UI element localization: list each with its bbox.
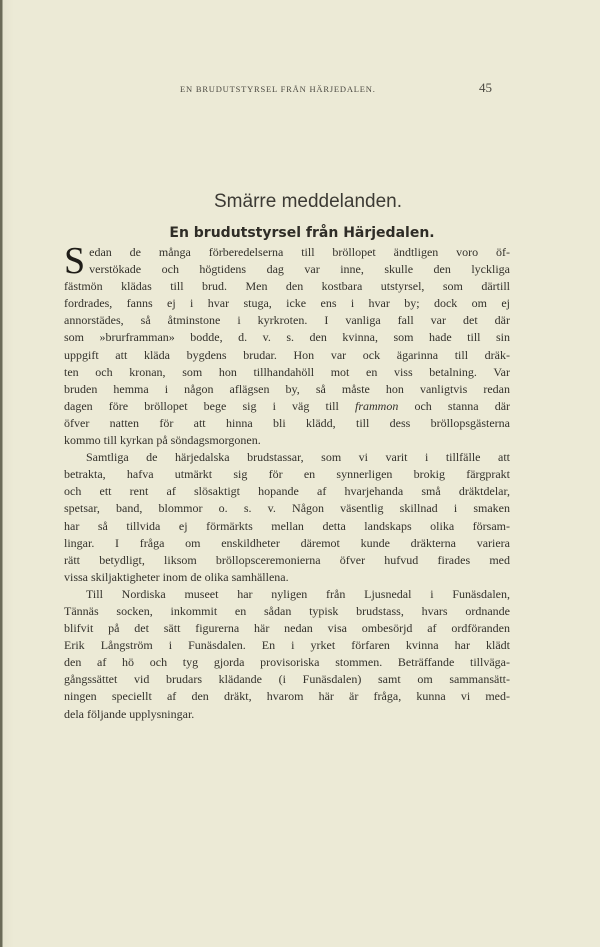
text-segment: och stanna där (414, 399, 510, 413)
text-line: Till Nordiska museet har nyligen från Lj… (64, 586, 510, 603)
text-line: har så tillvida ej förmärkts mellan dett… (64, 518, 510, 535)
paragraph-1: S edan de många förberedelserna till brö… (64, 244, 510, 449)
text-line: Tännäs socken, inkommit en sådan typisk … (64, 603, 510, 620)
text-line: öfver natten för att hinna bli klädd, ti… (64, 415, 510, 432)
text-line: ningen speciellt af den dräkt, hvarom hä… (64, 688, 510, 705)
text-line: gångssättet vid brudars klädande (i Funä… (64, 671, 510, 688)
text-line: den af hö och tyg gjorda provisoriska st… (64, 654, 510, 671)
text-line: spetsar, band, blommor o. s. v. Någon vä… (64, 500, 510, 517)
text-line: rätt betydligt, liksom bröllopsceremonie… (64, 552, 510, 569)
italic-term: frammon (355, 399, 398, 413)
text-line: ten och kronan, som hon tillhandahöll mo… (64, 364, 510, 381)
text-line: fästmön klädas till brud. Men den kostba… (64, 278, 510, 295)
text-line: verstökade och högtidens dag var inne, s… (64, 261, 510, 278)
text-line: bruden hemma i någon aflägsen by, så mås… (64, 381, 510, 398)
paragraph-2: Samtliga de härjedalska brudstassar, som… (64, 449, 510, 586)
text-line: vissa skiljaktigheter inom de olika samh… (64, 569, 510, 586)
text-segment: dagen före bröllopet bege sig i väg till (64, 399, 339, 413)
text-line: annorstädes, så åtminstone i kyrkroten. … (64, 312, 510, 329)
text-line: dela följande upplysningar. (64, 706, 510, 723)
paragraph-3: Till Nordiska museet har nyligen från Lj… (64, 586, 510, 723)
text-line: och ett rent af slösaktigt hopande af hv… (64, 483, 510, 500)
text-line: kommo till kyrkan på söndagsmorgonen. (64, 432, 510, 449)
running-head: EN BRUDUTSTYRSEL FRÅN HÄRJEDALEN. (180, 84, 376, 94)
text-line: edan de många förberedelserna till bröll… (64, 244, 510, 261)
text-line: uppgift att kläda bygdens brudar. Hon va… (64, 347, 510, 364)
text-line: Erik Långström i Funäsdalen. En i yrket … (64, 637, 510, 654)
text-line: fordrades, fanns ej i hvar stuga, icke e… (64, 295, 510, 312)
text-line: Samtliga de härjedalska brudstassar, som… (64, 449, 510, 466)
text-line: betrakta, hafva utmärkt sig för en synne… (64, 466, 510, 483)
drop-cap: S (64, 246, 85, 277)
text-line: lingar. I fråga om enskildheter däremot … (64, 535, 510, 552)
text-line: blifvit på det sätt figurerna här nedan … (64, 620, 510, 637)
text-line-with-italic: dagen före bröllopet bege sig i väg till… (64, 398, 510, 415)
article-title: En brudutstyrsel från Härjedalen. (2, 225, 600, 241)
page-number: 45 (479, 80, 492, 96)
text-line: som »brurframman» bodde, d. v. s. den kv… (64, 329, 510, 346)
scanned-page: EN BRUDUTSTYRSEL FRÅN HÄRJEDALEN. 45 Smä… (0, 0, 600, 947)
section-title: Smärre meddelanden. (8, 191, 600, 213)
article-body: S edan de många förberedelserna till brö… (64, 244, 510, 723)
